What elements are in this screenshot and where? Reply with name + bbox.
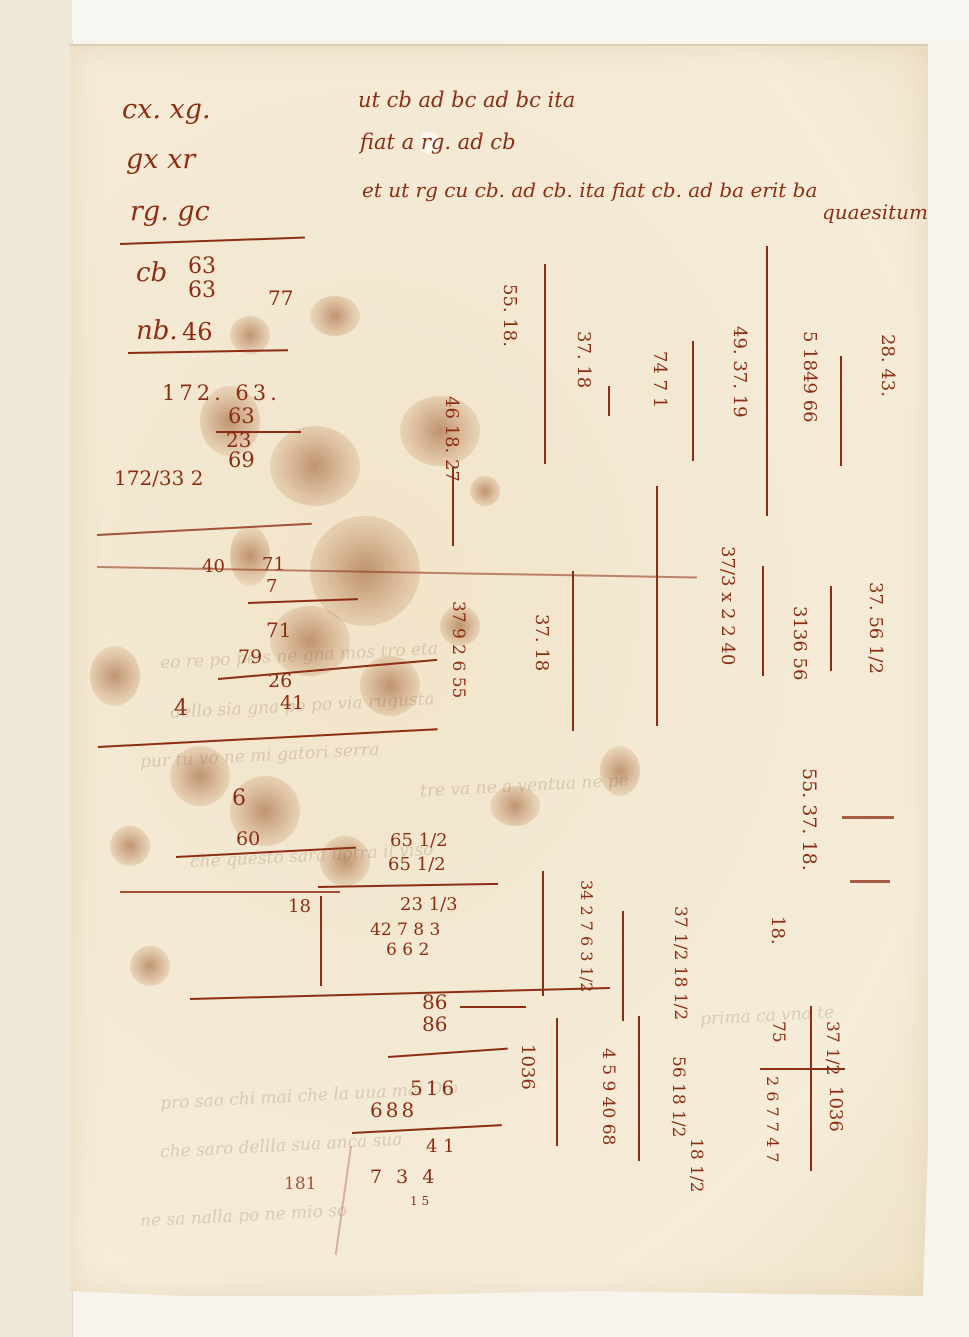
column-rule [608,386,610,416]
ratio-line-3: rg. gc [130,196,210,227]
calc-value: 6 [232,786,246,811]
rotated-calc-column: 2 6 7 7 4 7 [763,1076,782,1163]
rule-line [460,1006,526,1008]
calc-value: 516 [410,1076,457,1100]
column-rule [656,486,658,726]
column-rule [830,586,832,671]
calc-value: 18 [288,896,311,917]
rule-line [128,349,288,354]
stain [90,646,140,706]
calc-value: 7 3 4 [370,1166,438,1188]
stain [470,476,500,506]
rotated-calc-column: 74 7 1 [649,351,670,408]
rule-line [120,891,340,893]
rotated-calc-column: 1036 [825,1086,846,1132]
latin-line-1: ut cb ad bc ad bc ita [358,88,575,112]
rule-line [97,523,312,536]
rule-line [320,896,322,986]
mount-background [72,0,969,40]
rotated-calc-column: 28. 43. [877,334,898,397]
rotated-calc-column: 37. 18 [573,331,594,388]
calc-value: 71 [262,554,285,575]
calc-value: 181 [284,1174,316,1194]
rotated-calc-column: 37 1/2 18 1/2 [670,906,690,1020]
column-rule [638,1016,640,1161]
rotated-calc-column: 75 [768,1021,788,1043]
calc-square-row: 86 [422,1012,447,1036]
rotated-calc-column: 49. 37. 19 [729,326,750,418]
column-rule [840,356,842,466]
calc-division: 172/33 2 [114,466,203,490]
calc-square-row: 65 1/2 [390,830,448,851]
calc-value: 69 [228,448,255,472]
ink-stroke [850,880,890,883]
calc-value: 6 6 2 [386,940,429,960]
margin-number: 77 [268,286,293,310]
ratio-line-2: gx xr [126,144,195,175]
stain [130,946,170,986]
manuscript-leaf: eo re po pe s ne gna mos tro eta dello s… [70,44,928,1296]
column-rule [692,341,694,461]
calc-value: 71 [266,618,291,642]
rotated-calc-column: 18. [767,916,788,945]
calc-value: 63 [228,404,255,428]
calc-value: 4 1 [426,1136,455,1157]
show-through-line: che saro dellla sua anca sua [160,1130,403,1163]
product-value: 63 [188,254,216,279]
show-through-line: pur tu vo ne mi gatori serra [140,740,380,773]
column-rule [810,1006,812,1171]
stain [230,316,270,354]
show-through-line: ne sa nalla po ne mio so [140,1201,348,1232]
latin-line-2: fiat a rg. ad cb [360,130,516,154]
column-rule [766,246,768,516]
rotated-calc-column: 37. 56 1/2 [865,582,886,674]
backing-sheet [0,0,73,1337]
latin-line-4: quaesitum [822,200,928,224]
calc-value: 688 [370,1098,417,1122]
column-rule [762,566,764,676]
calc-value: 23 1/3 [400,894,458,915]
rule-line [352,1124,502,1134]
column-rule [544,264,546,464]
product-value: 46 [182,318,213,346]
column-rule [542,871,544,996]
calc-value: 40 [202,556,225,577]
calc-value: 60 [236,828,260,850]
stain [400,396,480,466]
calc-square-row: 65 1/2 [388,854,446,875]
calc-value: 7 [266,576,277,597]
ratio-line-1: cx. xg. [122,94,211,125]
calc-value: 41 [280,692,304,714]
column-rule [622,911,624,1021]
rotated-calc-column: 18 1/2 [686,1138,706,1192]
stain [310,296,360,336]
rule-line [388,1048,508,1058]
rotated-calc-column: 34 2 7 6 3 1/2 [577,880,596,992]
rule-line [120,237,305,245]
rotated-calc-column: 46 18. 27 [441,396,462,482]
rotated-calc-column: 55. 37. 18. [798,768,820,871]
calc-value: 4 [174,696,188,721]
product-label: cb [136,258,167,288]
stain [270,426,360,506]
rule-line [190,987,610,1000]
ink-stroke [842,816,894,819]
rotated-calc-column: 37 9 2 6 55 [448,601,468,698]
column-rule [572,571,574,731]
calc-value: 1 5 [410,1194,429,1208]
rotated-calc-column: 37 1/2 [822,1021,842,1075]
calc-value: 79 [238,646,262,668]
product-label: nb. [136,316,178,346]
rotated-calc-column: 1036 [517,1044,538,1090]
calc-square-row: 86 [422,990,447,1014]
rotated-calc-column: 56 18 1/2 [668,1056,688,1137]
column-rule [556,1018,558,1146]
stain [110,826,150,866]
rotated-calc-column: 5 1849 66 [799,331,820,423]
product-value: 63 [188,278,216,303]
rotated-calc-column: 3136 56 [789,606,810,680]
calc-value: 42 7 8 3 [370,920,440,940]
calc-multiplication-header: 172. 63. [162,381,281,405]
latin-line-3: et ut rg cu cb. ad cb. ita fiat cb. ad b… [362,178,817,202]
rotated-calc-column: 37. 18 [531,614,552,671]
rotated-calc-column: 4 5 9 40 68 [598,1048,618,1145]
rotated-calc-column: 55. 18. [499,284,520,347]
rotated-calc-column: 37/3 x 2 2 40 [717,546,738,665]
calc-value: 26 [268,670,292,692]
